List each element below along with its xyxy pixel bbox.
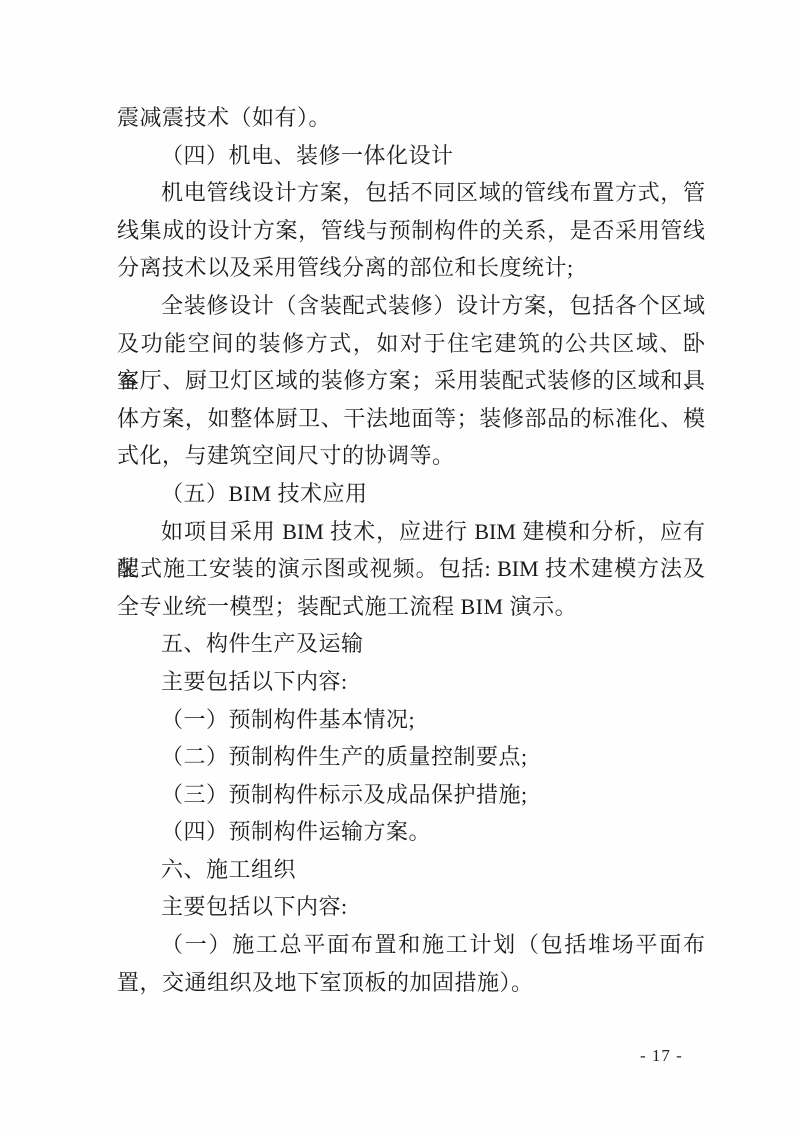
text-line: 全专业统一模型；装配式施工流程 BIM 演示。 <box>117 588 705 626</box>
text-line: 全装修设计（含装配式装修）设计方案，包括各个区域 <box>117 287 705 325</box>
text-line: 分离技术以及采用管线分离的部位和长度统计; <box>117 249 705 287</box>
text-line: （一）施工总平面布置和施工计划（包括堆场平面布 <box>117 926 705 964</box>
text-line: 线集成的设计方案，管线与预制构件的关系，是否采用管线 <box>117 212 705 250</box>
text-line: 主要包括以下内容: <box>117 888 705 926</box>
text-line: 主要包括以下内容: <box>117 663 705 701</box>
text-line: 体方案，如整体厨卫、干法地面等；装修部品的标准化、模 <box>117 400 705 438</box>
section-heading: 五、构件生产及运输 <box>117 625 705 663</box>
section-heading: （五）BIM 技术应用 <box>117 475 705 513</box>
text-line: 及功能空间的装修方式，如对于住宅建筑的公共区域、卧室、 <box>117 325 705 363</box>
section-heading: （四）机电、装修一体化设计 <box>117 137 705 175</box>
text-line: 式化，与建筑空间尺寸的协调等。 <box>117 437 705 475</box>
text-line: 如项目采用 BIM 技术，应进行 BIM 建模和分析，应有装 <box>117 513 705 551</box>
list-item: （三）预制构件标示及成品保护措施; <box>117 776 705 814</box>
section-heading: 六、施工组织 <box>117 851 705 889</box>
document-body-text: 震减震技术（如有）。 （四）机电、装修一体化设计 机电管线设计方案，包括不同区域… <box>117 99 705 1001</box>
list-item: （二）预制构件生产的质量控制要点; <box>117 738 705 776</box>
text-line: 配式施工安装的演示图或视频。包括: BIM 技术建模方法及 <box>117 550 705 588</box>
document-page: 震减震技术（如有）。 （四）机电、装修一体化设计 机电管线设计方案，包括不同区域… <box>0 0 800 1131</box>
text-line: 客厅、厨卫灯区域的装修方案；采用装配式装修的区域和具 <box>117 362 705 400</box>
list-item: （四）预制构件运输方案。 <box>117 813 705 851</box>
text-line: 机电管线设计方案，包括不同区域的管线布置方式，管 <box>117 174 705 212</box>
text-line: 置，交通组织及地下室顶板的加固措施）。 <box>117 964 705 1002</box>
page-number: - 17 - <box>640 1046 683 1066</box>
text-line: 震减震技术（如有）。 <box>117 99 705 137</box>
list-item: （一）预制构件基本情况; <box>117 701 705 739</box>
